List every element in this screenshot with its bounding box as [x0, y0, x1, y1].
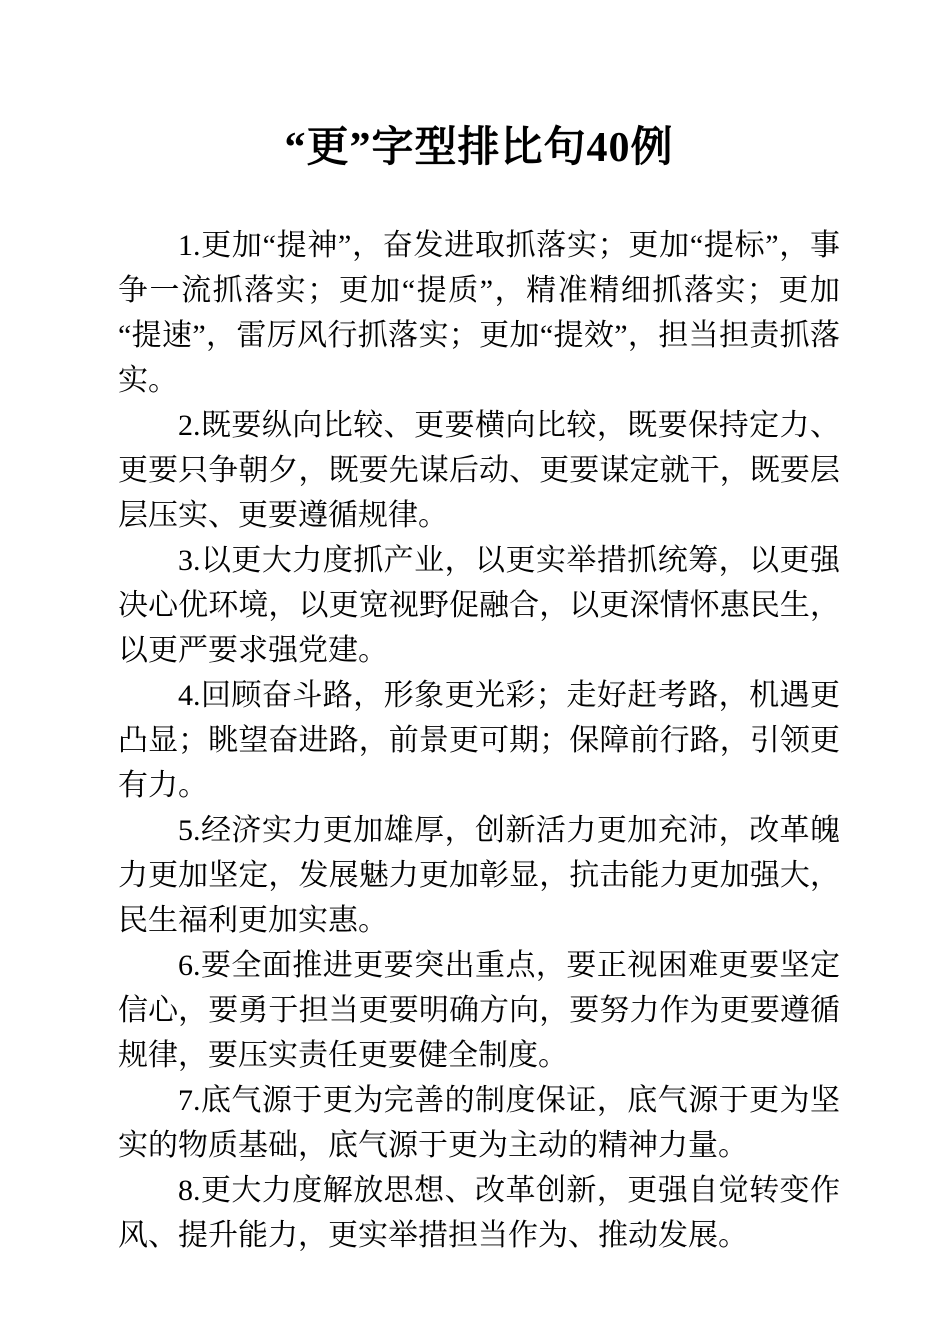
- document-body: 1.更加“提神”，奋发进取抓落实；更加“提标”，事争一流抓落实；更加“提质”，精…: [118, 223, 840, 1258]
- page-title: “更”字型排比句40例: [118, 122, 840, 175]
- paragraph-4: 4.回顾奋斗路，形象更光彩；走好赶考路，机遇更凸显；眺望奋进路，前景更可期；保障…: [118, 673, 840, 808]
- paragraph-2: 2.既要纵向比较、更要横向比较，既要保持定力、更要只争朝夕，既要先谋后动、更要谋…: [118, 403, 840, 538]
- paragraph-6: 6.要全面推进更要突出重点，要正视困难更要坚定信心，要勇于担当更要明确方向，要努…: [118, 943, 840, 1078]
- document-page: “更”字型排比句40例 1.更加“提神”，奋发进取抓落实；更加“提标”，事争一流…: [0, 0, 950, 1344]
- paragraph-7: 7.底气源于更为完善的制度保证，底气源于更为坚实的物质基础，底气源于更为主动的精…: [118, 1078, 840, 1168]
- paragraph-8: 8.更大力度解放思想、改革创新，更强自觉转变作风、提升能力，更实举措担当作为、推…: [118, 1168, 840, 1258]
- paragraph-3: 3.以更大力度抓产业，以更实举措抓统筹，以更强决心优环境，以更宽视野促融合，以更…: [118, 538, 840, 673]
- paragraph-1: 1.更加“提神”，奋发进取抓落实；更加“提标”，事争一流抓落实；更加“提质”，精…: [118, 223, 840, 403]
- paragraph-5: 5.经济实力更加雄厚，创新活力更加充沛，改革魄力更加坚定，发展魅力更加彰显，抗击…: [118, 808, 840, 943]
